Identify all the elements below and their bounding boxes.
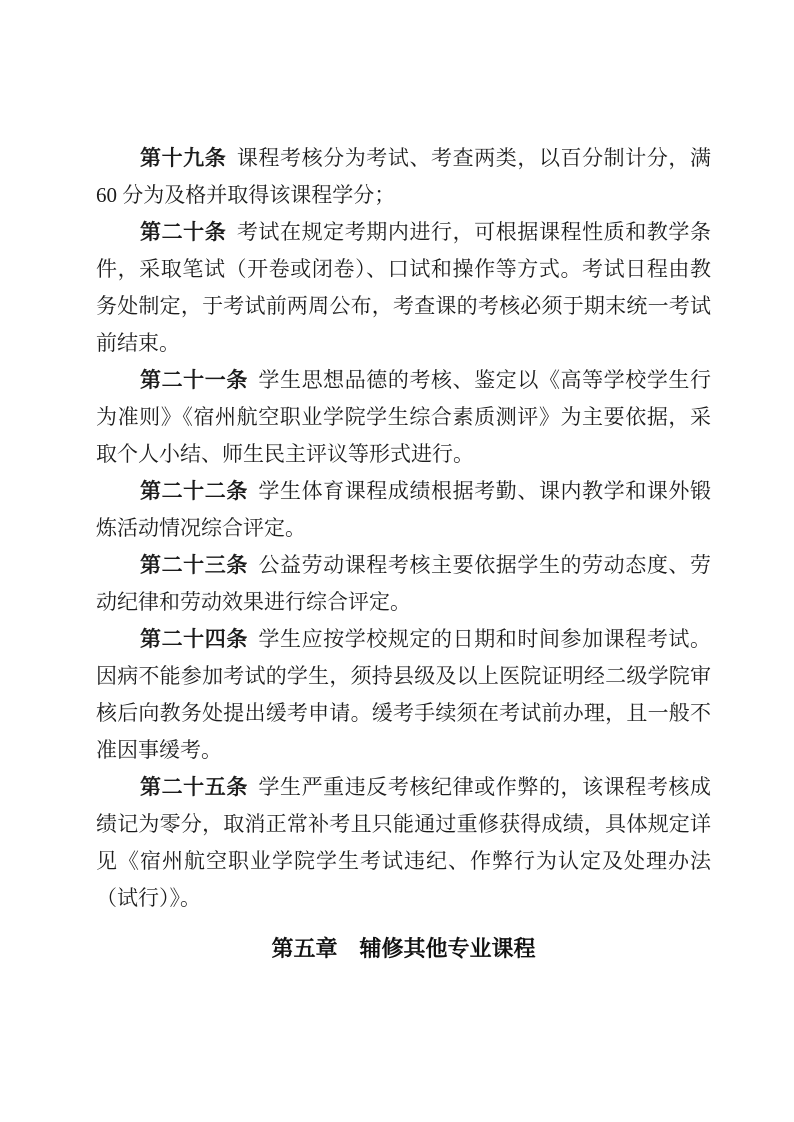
article-term: 第二十五条 [140,775,248,799]
article-term: 第十九条 [140,146,226,170]
article-paragraph: 第十九条课程考核分为考试、考查两类，以百分制计分，满 60 分为及格并取得该课程… [96,140,711,214]
article-paragraph: 第二十四条学生应按学校规定的日期和时间参加课程考试。因病不能参加考试的学生，须持… [96,621,711,769]
document-body: 第十九条课程考核分为考试、考查两类，以百分制计分，满 60 分为及格并取得该课程… [96,140,711,917]
article-paragraph: 第二十条考试在规定考期内进行，可根据课程性质和教学条件，采取笔试（开卷或闭卷）、… [96,214,711,362]
article-term: 第二十三条 [140,553,248,577]
article-paragraph: 第二十一条学生思想品德的考核、鉴定以《高等学校学生行为准则》《宿州航空职业学院学… [96,362,711,473]
article-term: 第二十一条 [140,368,248,392]
article-term: 第二十条 [140,220,226,244]
document-page: 第十九条课程考核分为考试、考查两类，以百分制计分，满 60 分为及格并取得该课程… [0,0,794,1122]
chapter-heading: 第五章 辅修其他专业课程 [96,930,711,967]
article-paragraph: 第二十三条公益劳动课程考核主要依据学生的劳动态度、劳动纪律和劳动效果进行综合评定… [96,547,711,621]
article-term: 第二十二条 [140,479,248,503]
article-term: 第二十四条 [140,627,248,651]
article-paragraph: 第二十五条学生严重违反考核纪律或作弊的，该课程考核成绩记为零分，取消正常补考且只… [96,769,711,917]
article-paragraph: 第二十二条学生体育课程成绩根据考勤、课内教学和课外锻炼活动情况综合评定。 [96,473,711,547]
